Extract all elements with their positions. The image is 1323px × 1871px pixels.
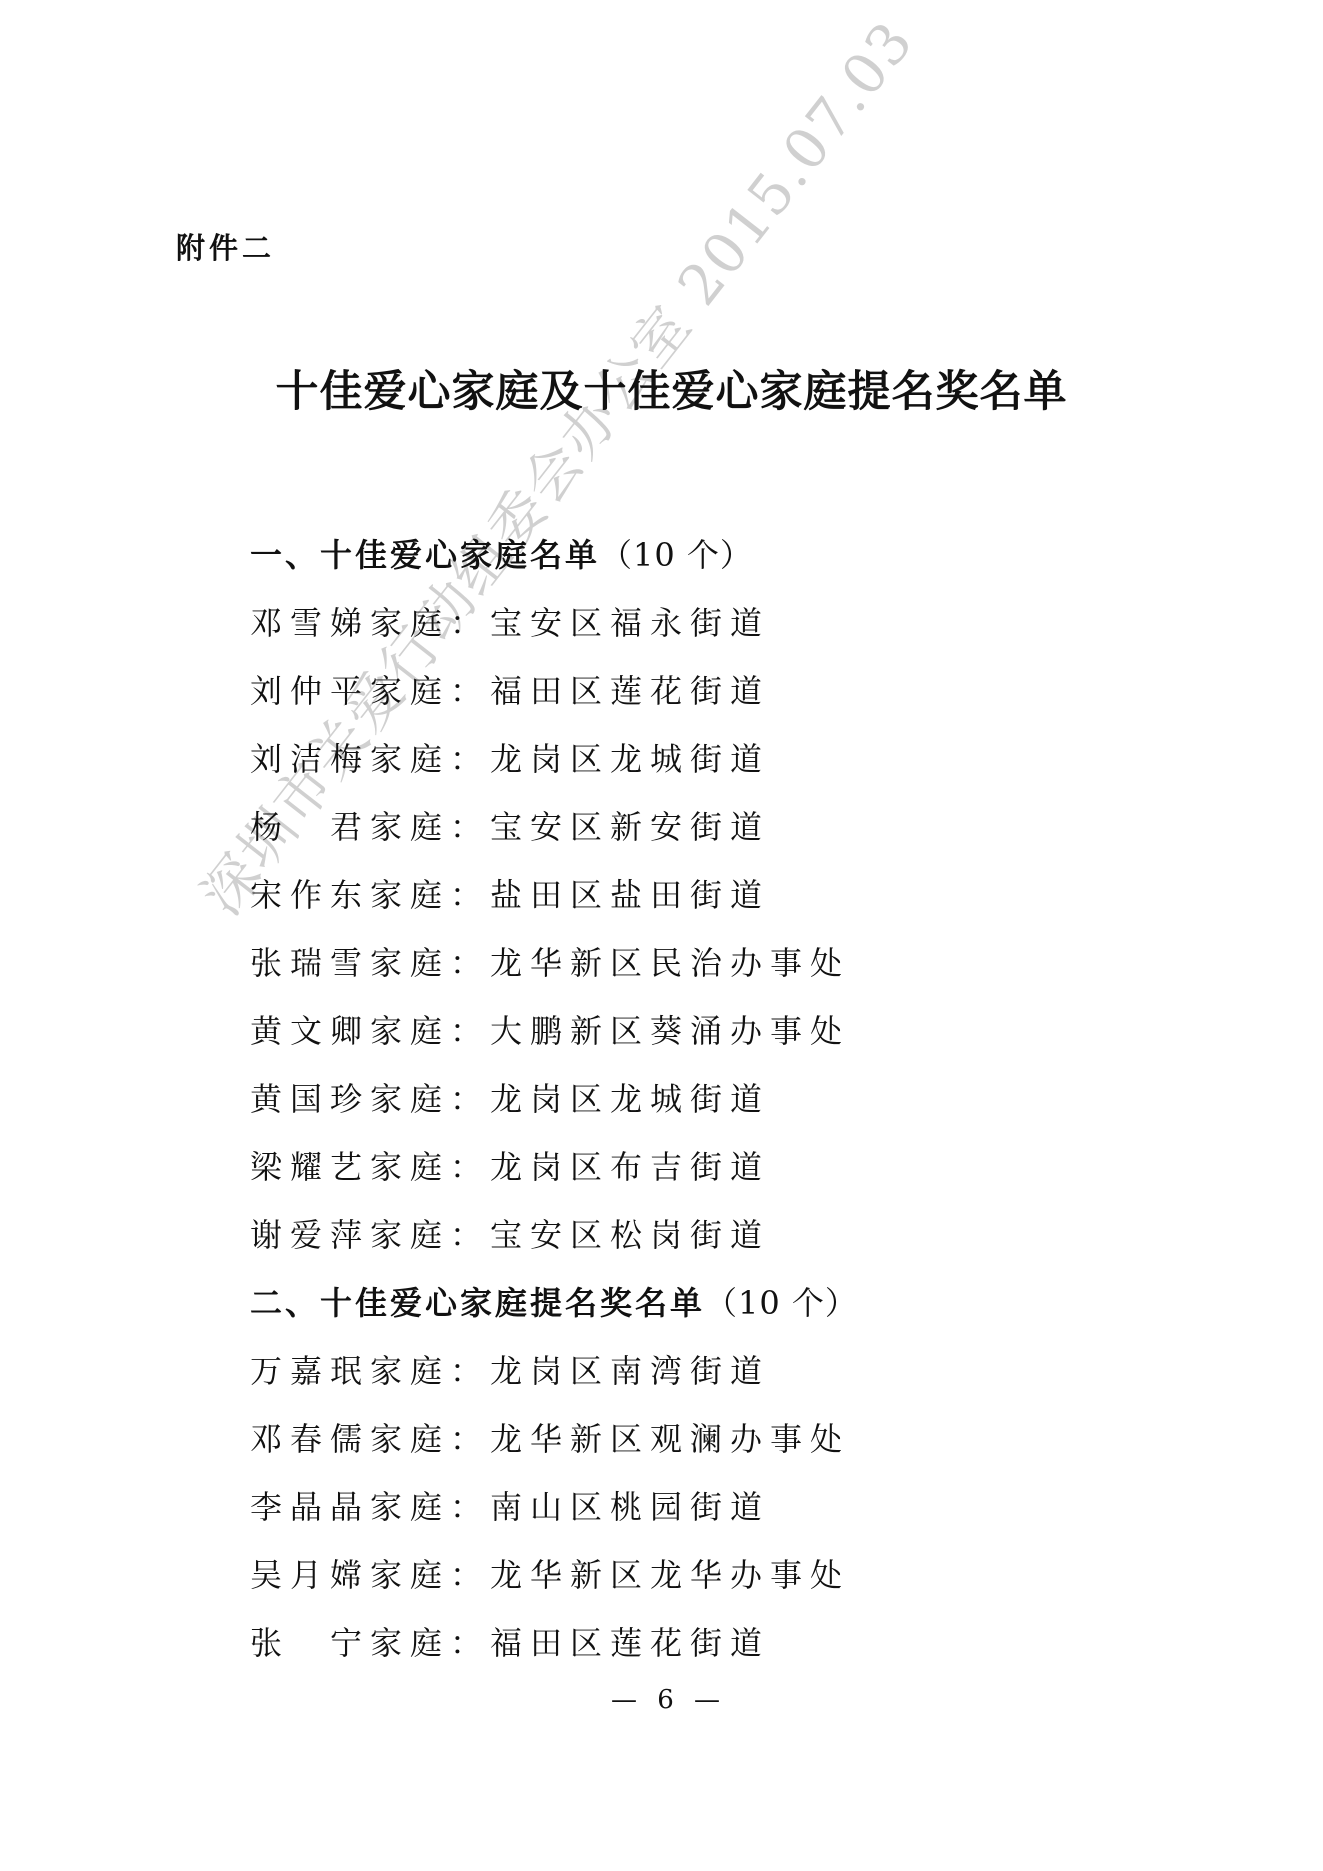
page-number: — 6 —: [0, 1683, 1323, 1717]
separator: ：: [450, 1342, 490, 1400]
family-name: 梁耀艺家庭: [250, 1138, 450, 1196]
list-item: 黄国珍家庭：龙岗区龙城街道: [250, 1070, 1150, 1138]
list-item: 张 宁家庭：福田区莲花街道: [250, 1614, 1150, 1682]
section-heading-label: 一、十佳爱心家庭名单: [250, 536, 600, 574]
family-location: 福田区莲花街道: [490, 1624, 770, 1662]
family-name: 刘仲平家庭: [250, 662, 450, 720]
separator: ：: [450, 1070, 490, 1128]
family-name: 黄国珍家庭: [250, 1070, 450, 1128]
family-name: 吴月嫦家庭: [250, 1546, 450, 1604]
separator: ：: [450, 1546, 490, 1604]
family-name: 杨 君家庭: [250, 798, 450, 856]
separator: ：: [450, 798, 490, 856]
family-location: 龙岗区龙城街道: [490, 1080, 770, 1118]
family-name: 张瑞雪家庭: [250, 934, 450, 992]
list-item: 黄文卿家庭：大鹏新区葵涌办事处: [250, 1002, 1150, 1070]
family-location: 大鹏新区葵涌办事处: [490, 1012, 850, 1050]
list-item: 李晶晶家庭：南山区桃园街道: [250, 1478, 1150, 1546]
family-location: 龙岗区南湾街道: [490, 1352, 770, 1390]
list-item: 万嘉珉家庭：龙岗区南湾街道: [250, 1342, 1150, 1410]
separator: ：: [450, 730, 490, 788]
family-name: 万嘉珉家庭: [250, 1342, 450, 1400]
section-count: （10 个）: [705, 1284, 858, 1322]
family-location: 南山区桃园街道: [490, 1488, 770, 1526]
separator: ：: [450, 1478, 490, 1536]
separator: ：: [450, 866, 490, 924]
family-name: 谢爱萍家庭: [250, 1206, 450, 1264]
family-location: 盐田区盐田街道: [490, 876, 770, 914]
separator: ：: [450, 934, 490, 992]
family-name: 张 宁家庭: [250, 1614, 450, 1672]
section-count: （10 个）: [600, 536, 753, 574]
list-item: 宋作东家庭：盐田区盐田街道: [250, 866, 1150, 934]
list-item: 杨 君家庭：宝安区新安街道: [250, 798, 1150, 866]
separator: ：: [450, 662, 490, 720]
document-title: 十佳爱心家庭及十佳爱心家庭提名奖名单: [0, 364, 1323, 420]
list-item: 邓春儒家庭：龙华新区观澜办事处: [250, 1410, 1150, 1478]
separator: ：: [450, 594, 490, 652]
family-location: 宝安区福永街道: [490, 604, 770, 642]
family-location: 龙华新区观澜办事处: [490, 1420, 850, 1458]
separator: ：: [450, 1206, 490, 1264]
family-location: 宝安区新安街道: [490, 808, 770, 846]
list-item: 刘洁梅家庭：龙岗区龙城街道: [250, 730, 1150, 798]
list-item: 张瑞雪家庭：龙华新区民治办事处: [250, 934, 1150, 1002]
family-name: 邓春儒家庭: [250, 1410, 450, 1468]
list-item: 刘仲平家庭：福田区莲花街道: [250, 662, 1150, 730]
family-name: 邓雪娣家庭: [250, 594, 450, 652]
family-location: 龙华新区民治办事处: [490, 944, 850, 982]
list-item: 邓雪娣家庭：宝安区福永街道: [250, 594, 1150, 662]
family-location: 龙华新区龙华办事处: [490, 1556, 850, 1594]
list-item: 吴月嫦家庭：龙华新区龙华办事处: [250, 1546, 1150, 1614]
family-location: 龙岗区龙城街道: [490, 740, 770, 778]
separator: ：: [450, 1002, 490, 1060]
attachment-label: 附件二: [176, 228, 275, 268]
list-item: 梁耀艺家庭：龙岗区布吉街道: [250, 1138, 1150, 1206]
family-location: 宝安区松岗街道: [490, 1216, 770, 1254]
list-item: 谢爱萍家庭：宝安区松岗街道: [250, 1206, 1150, 1274]
family-location: 福田区莲花街道: [490, 672, 770, 710]
section-heading-label: 二、十佳爱心家庭提名奖名单: [250, 1284, 705, 1322]
family-name: 李晶晶家庭: [250, 1478, 450, 1536]
family-name: 宋作东家庭: [250, 866, 450, 924]
section-heading-nominees: 二、十佳爱心家庭提名奖名单（10 个）: [250, 1274, 1150, 1342]
family-name: 刘洁梅家庭: [250, 730, 450, 788]
separator: ：: [450, 1410, 490, 1468]
family-name: 黄文卿家庭: [250, 1002, 450, 1060]
award-list: 一、十佳爱心家庭名单（10 个） 邓雪娣家庭：宝安区福永街道 刘仲平家庭：福田区…: [250, 526, 1150, 1682]
separator: ：: [450, 1138, 490, 1196]
section-heading-top-ten: 一、十佳爱心家庭名单（10 个）: [250, 526, 1150, 594]
separator: ：: [450, 1614, 490, 1672]
family-location: 龙岗区布吉街道: [490, 1148, 770, 1186]
